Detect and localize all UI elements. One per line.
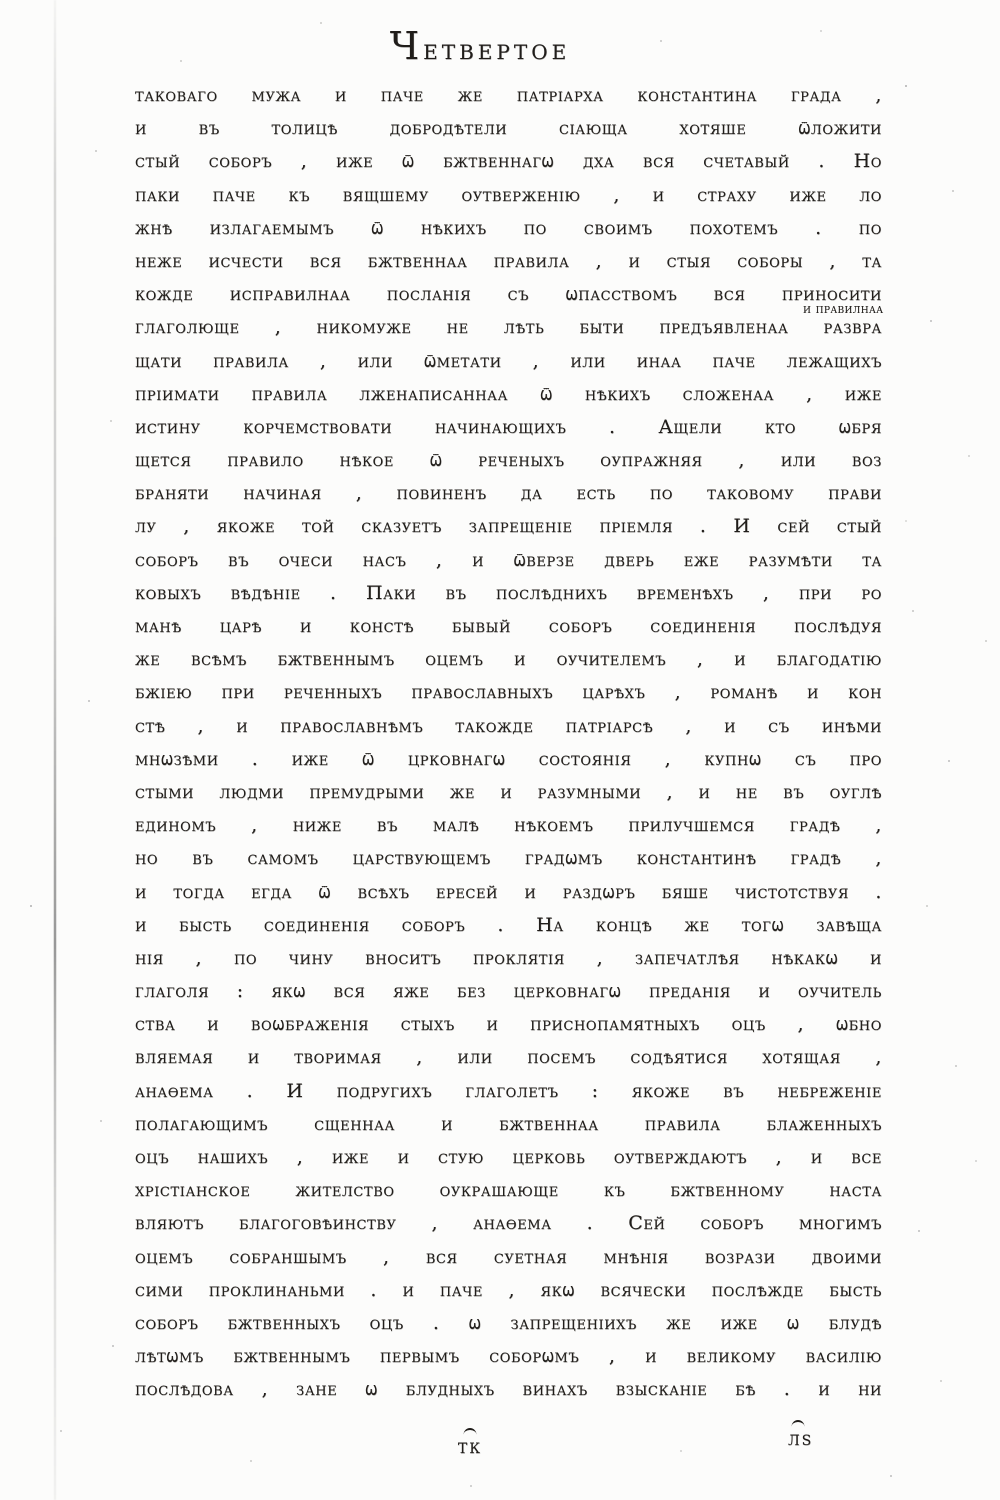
text-line: и бысть соединенія соборъ . На концѣ же … <box>135 909 882 942</box>
text-line: стый соборъ , иже ѿ бжтвеннагѡ дха вся с… <box>135 145 882 178</box>
signature-mark-right-text: лѕ <box>788 1426 813 1450</box>
text-line: но въ самомъ царствующемъ градѡмъ конста… <box>135 842 882 875</box>
text-line: вляютъ благоговѣинству , анаѳема . Сей с… <box>135 1207 882 1240</box>
text-line: бжіею при реченныхъ православныхъ царѣхъ… <box>135 676 882 709</box>
text-line: браняти начиная , повиненъ да есть по та… <box>135 477 882 510</box>
text-line: пріимати правила лженаписаннаа ѿ нѣкихъ … <box>135 378 882 411</box>
text-line: стѣ , и православнѣмъ такожде патріарсѣ … <box>135 710 882 743</box>
text-line: сими проклинаньми . и паче , якѡ всяческ… <box>135 1274 882 1307</box>
text-line: мнѡзѣми . иже ѿ црковнагѡ состоянія , ку… <box>135 743 882 776</box>
binding-crease <box>54 0 56 1500</box>
text-line: ковыхъ вѣдѣніе . Паки въ послѣднихъ врем… <box>135 577 882 610</box>
text-line: соборъ въ очеси насъ , и ѿверзе дверь еж… <box>135 544 882 577</box>
text-line: кожде исправилнаа посланія съ ѡпасствомъ… <box>135 278 882 311</box>
text-line: оцъ нашихъ , иже и стую церковь оутвержд… <box>135 1141 882 1174</box>
text-line: единомъ , ниже въ малѣ нѣкоемъ прилучшем… <box>135 809 882 842</box>
text-line: ства и воѡбраженія стыхъ и приснопамятны… <box>135 1008 882 1041</box>
titlo-mark <box>464 1428 477 1436</box>
scan-noise <box>0 0 2 2</box>
text-line: лѣтѡмъ бжтвеннымъ первымъ соборѡмъ , и в… <box>135 1340 882 1373</box>
text-line: и тогда егда ѿ всѣхъ ересей и раздѡръ бя… <box>135 876 882 909</box>
signature-mark-center: тк <box>440 1434 500 1458</box>
text-line: жнѣ излагаемымъ ѿ нѣкихъ по своимъ похот… <box>135 212 882 245</box>
text-line: оцемъ собраншымъ , вся суетная мнѣнія во… <box>135 1241 882 1274</box>
text-line: манѣ царѣ и констѣ бывый соборъ соединен… <box>135 610 882 643</box>
text-line: полагающимъ сщеннаа и бжтвеннаа правила … <box>135 1108 882 1141</box>
text-line: щати правила , или ѿметати , или инаа па… <box>135 345 882 378</box>
running-title: Четвертое <box>0 24 960 68</box>
text-line: послѣдова , зане ѡ блудныхъ винахъ взыск… <box>135 1373 882 1406</box>
signature-mark-center-text: тк <box>458 1434 482 1458</box>
text-line: анаѳема . И подругихъ глаголетъ : якоже … <box>135 1075 882 1108</box>
text-line: соборъ бжтвенныхъ оцъ . ѡ запрещеніихъ ж… <box>135 1307 882 1340</box>
text-line: таковаго мужа и паче же патріарха конста… <box>135 79 882 112</box>
text-line: щется правило нѣкое ѿ реченыхъ оупражняя… <box>135 444 882 477</box>
text-line: лу , якоже той сказуетъ запрещеніе пріем… <box>135 510 882 543</box>
margin-note: и правилнаа <box>803 301 993 316</box>
text-line: и въ толицѣ добродѣтели сіающа хотяше ѿл… <box>135 112 882 145</box>
text-line: хрістіанское жителство оукрашающе къ бжт… <box>135 1174 882 1207</box>
body-text-block: таковаго мужа и паче же патріарха конста… <box>135 79 882 1407</box>
text-line: глаголя : якѡ вся яже без церковнагѡ пре… <box>135 975 882 1008</box>
book-page-scan: Четвертое таковаго мужа и паче же патріа… <box>0 0 1000 1500</box>
signature-mark-right: лѕ <box>788 1426 813 1450</box>
text-line: паки паче къ вящшему оутверженію , и стр… <box>135 179 882 212</box>
text-line: глаголюще , никомуже не лѣть быти предъя… <box>135 311 882 344</box>
text-line: стыми людми премудрыми же и разумными , … <box>135 776 882 809</box>
titlo-mark <box>791 1420 804 1428</box>
text-line: неже исчести вся бжтвеннаа правила , и с… <box>135 245 882 278</box>
text-line: нія , по чину вноситъ проклятія , запеча… <box>135 942 882 975</box>
text-line: же всѣмъ бжтвеннымъ оцемъ и оучителемъ ,… <box>135 643 882 676</box>
text-line: истину корчемствовати начинающихъ . Ащел… <box>135 411 882 444</box>
text-line: вляемая и творимая , или посемъ содѣятис… <box>135 1041 882 1074</box>
